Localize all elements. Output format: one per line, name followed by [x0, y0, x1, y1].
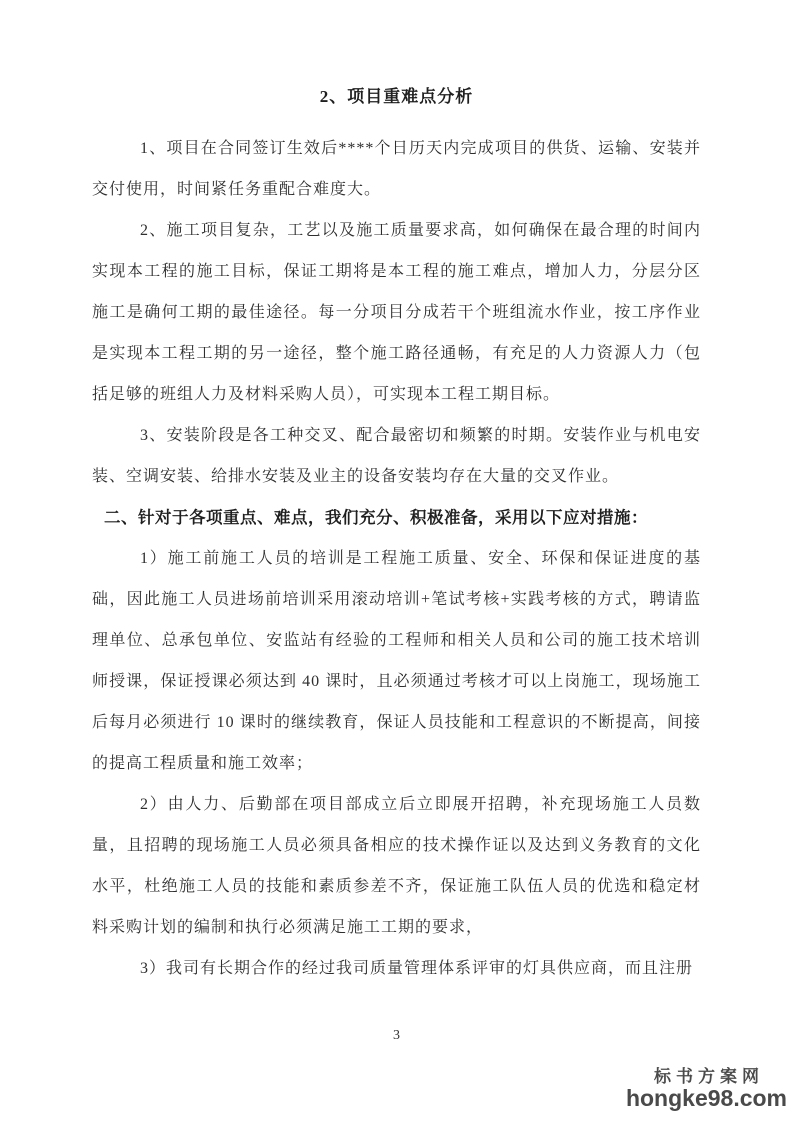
watermark: 标书方案网 hongke98.com	[626, 1068, 787, 1110]
watermark-site-name: 标书方案网	[626, 1068, 792, 1086]
document-page: 2、项目重难点分析 1、项目在合同签订生效后****个日历天内完成项目的供货、运…	[0, 0, 793, 1122]
document-title: 2、项目重难点分析	[92, 80, 701, 114]
watermark-domain: hongke98.com	[626, 1086, 787, 1110]
paragraph-3: 3、安装阶段是各工种交叉、配合最密切和频繁的时期。安装作业与机电安装、空调安装、…	[92, 415, 701, 497]
paragraph-1: 1、项目在合同签订生效后****个日历天内完成项目的供货、运输、安装并交付使用，…	[92, 128, 701, 210]
document-body: 2、项目重难点分析 1、项目在合同签订生效后****个日历天内完成项目的供货、运…	[0, 0, 793, 989]
paragraph-5: 2）由人力、后勤部在项目部成立后立即展开招聘，补充现场施工人员数量，且招聘的现场…	[92, 784, 701, 948]
paragraph-4: 1）施工前施工人员的培训是工程施工质量、安全、环保和保证进度的基础，因此施工人员…	[92, 538, 701, 784]
paragraph-6: 3）我司有长期合作的经过我司质量管理体系评审的灯具供应商，而且注册	[92, 948, 701, 989]
section-heading-countermeasures: 二、针对于各项重点、难点，我们充分、积极准备，采用以下应对措施：	[92, 497, 701, 538]
page-number: 3	[0, 1028, 793, 1044]
paragraph-2: 2、施工项目复杂，工艺以及施工质量要求高，如何确保在最合理的时间内实现本工程的施…	[92, 210, 701, 415]
